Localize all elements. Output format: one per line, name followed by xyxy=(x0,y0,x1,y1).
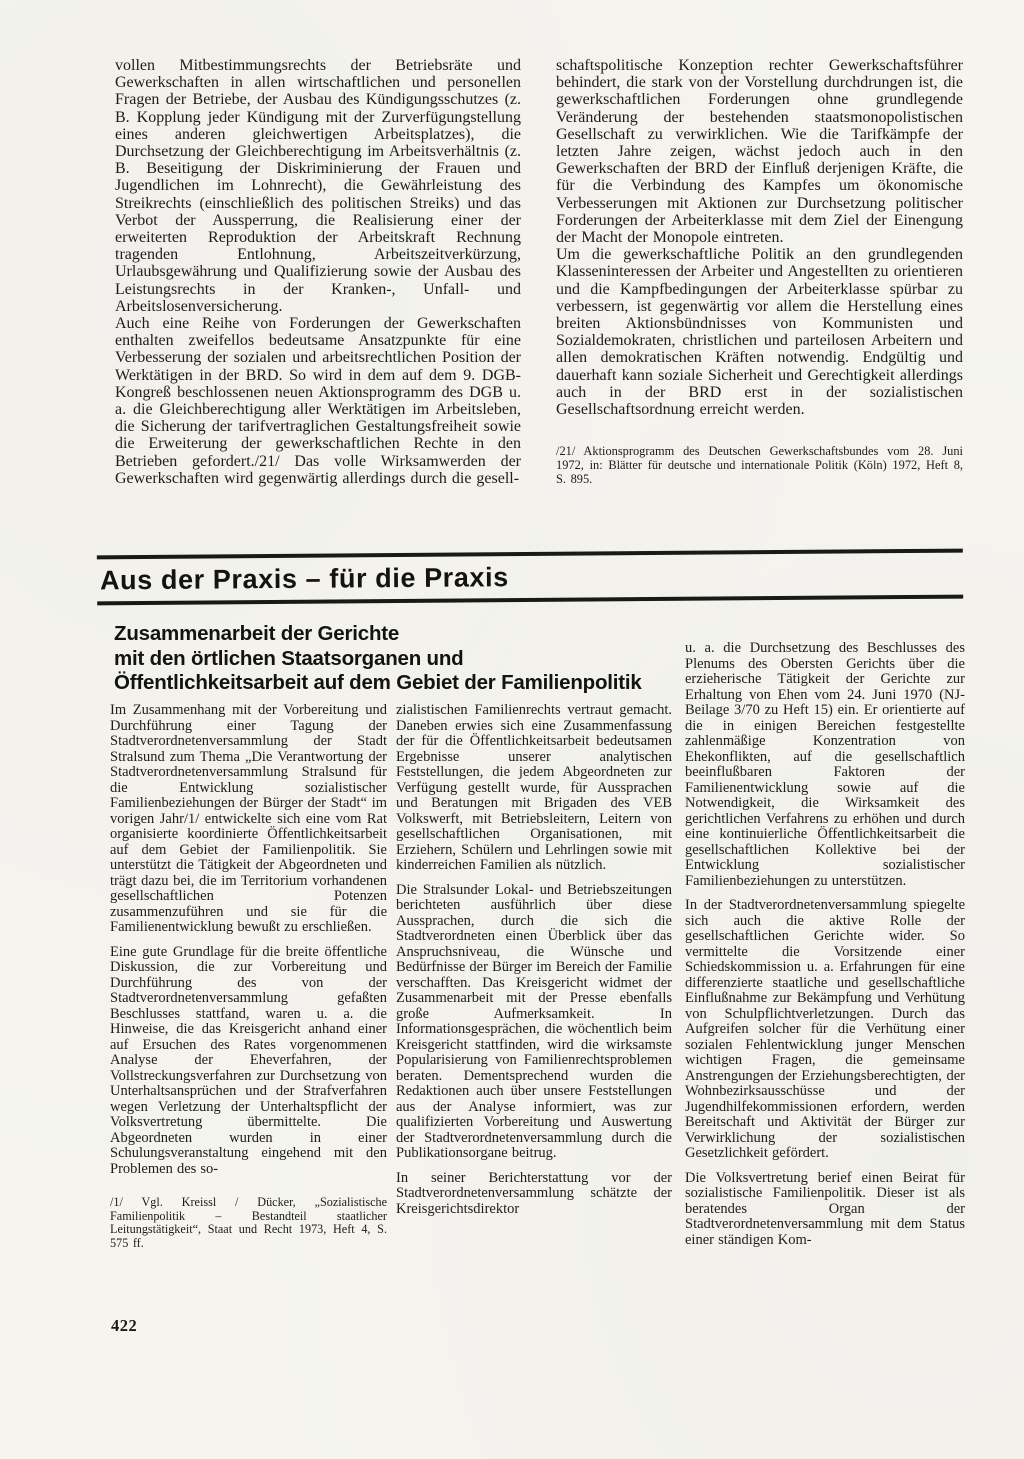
article-title-line: Zusammenarbeit der Gerichte xyxy=(114,622,714,647)
paragraph: u. a. die Durchsetzung des Beschlusses d… xyxy=(685,641,965,889)
paragraph: Die Stralsunder Lokal- und Betriebszeitu… xyxy=(396,883,672,1162)
article-title: Zusammenarbeit der Gerichte mit den örtl… xyxy=(114,622,714,696)
paragraph: Im Zusammenhang mit der Vorbereitung und… xyxy=(110,703,387,936)
footnote-21: /21/ Aktionsprogramm des Deutschen Gewer… xyxy=(556,445,963,486)
top-right-column: schaftspolitische Konzeption rechter Gew… xyxy=(556,57,963,487)
banner-rule-bottom xyxy=(97,595,963,606)
paragraph: Die Volksvertretung berief einen Beirat … xyxy=(685,1171,965,1249)
article-right-column: u. a. die Durchsetzung des Beschlusses d… xyxy=(685,641,965,1257)
top-left-column: vollen Mitbestimmungsrechts der Betriebs… xyxy=(115,57,521,487)
footnote-1: /1/ Vgl. Kreissl / Dücker, „Sozialistisc… xyxy=(110,1196,387,1250)
journal-page: vollen Mitbestimmungsrechts der Betriebs… xyxy=(0,0,1024,1459)
paragraph: Auch eine Reihe von Forderungen der Gewe… xyxy=(115,315,521,487)
article-title-line: mit den örtlichen Staatsorganen und xyxy=(114,647,714,672)
article-left-column: Im Zusammenhang mit der Vorbereitung und… xyxy=(110,703,387,1250)
page-number: 422 xyxy=(111,1316,137,1336)
paragraph: In der Stadtverordnetenversammlung spieg… xyxy=(685,898,965,1162)
section-banner-title: Aus der Praxis – für die Praxis xyxy=(100,559,963,596)
section-banner: Aus der Praxis – für die Praxis xyxy=(97,549,963,606)
article-middle-column: zialistischen Familienrechts vertraut ge… xyxy=(396,703,672,1226)
paragraph: zialistischen Familienrechts vertraut ge… xyxy=(396,703,672,874)
paragraph: Eine gute Grundlage für die breite öffen… xyxy=(110,945,387,1178)
paragraph: Um die gewerkschaftliche Politik an den … xyxy=(556,246,963,418)
paragraph: schaftspolitische Konzeption rechter Gew… xyxy=(556,57,963,246)
paragraph: In seiner Berichterstattung vor der Stad… xyxy=(396,1171,672,1218)
paragraph: vollen Mitbestimmungsrechts der Betriebs… xyxy=(115,57,521,315)
article-title-line: Öffentlichkeitsarbeit auf dem Gebiet der… xyxy=(114,671,714,696)
banner-rule-top xyxy=(97,549,963,560)
